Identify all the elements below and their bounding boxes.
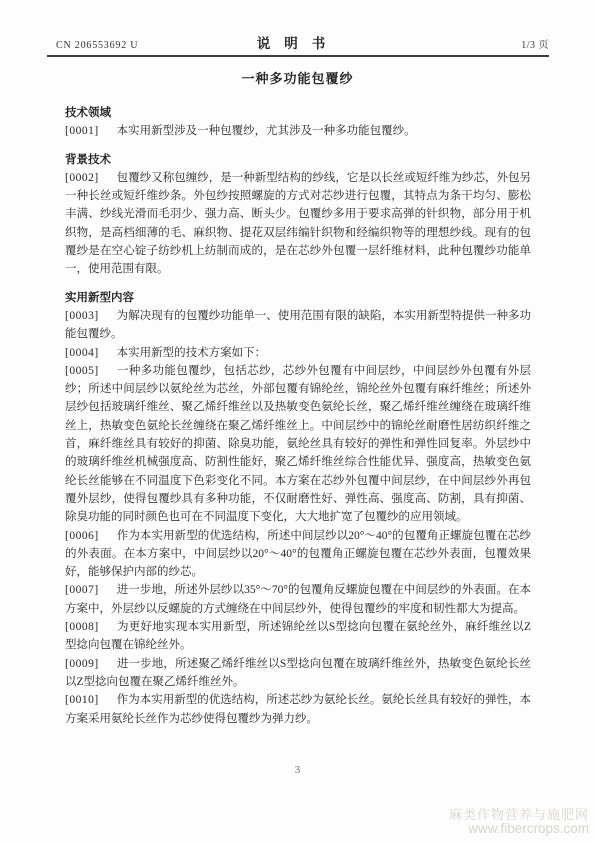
document-body: 技术领域 [0001]本实用新型涉及一种包覆纱，尤其涉及一种多功能包覆纱。 背景… bbox=[65, 104, 531, 728]
paragraph-0001: [0001]本实用新型涉及一种包覆纱，尤其涉及一种多功能包覆纱。 bbox=[65, 122, 531, 140]
paragraph-number: [0004] bbox=[65, 347, 99, 359]
paragraph-number: [0007] bbox=[65, 584, 99, 596]
paragraph-number: [0002] bbox=[65, 172, 99, 184]
paragraph-number: [0003] bbox=[65, 310, 99, 322]
paragraph-text: 一种多功能包覆纱，包括芯纱，芯纱外包覆有中间层纱，中间层纱外包覆有外层纱；所述中… bbox=[65, 365, 531, 523]
section-heading: 背景技术 bbox=[65, 151, 531, 169]
paragraph-0002: [0002]包覆纱又称包缠纱，是一种新型结构的纱线，它是以长丝或短纤维为纱芯，外… bbox=[65, 169, 531, 279]
paragraph-text: 进一步地，所述聚乙烯纤维丝以S型捻向包覆在玻璃纤维丝外，热敏变色氨纶长丝以Z型捻… bbox=[65, 658, 531, 688]
section-technical-field: 技术领域 [0001]本实用新型涉及一种包覆纱，尤其涉及一种多功能包覆纱。 bbox=[65, 104, 531, 141]
paragraph-number: [0009] bbox=[65, 658, 99, 670]
paragraph-number: [0010] bbox=[65, 694, 99, 706]
patent-number: CN 206553692 U bbox=[56, 40, 138, 51]
paragraph-number: [0005] bbox=[65, 365, 99, 377]
invention-title: 一种多功能包覆纱 bbox=[0, 68, 595, 87]
paragraph-0007: [0007]进一步地，所述外层纱以35°～70°的包覆角反螺旋包覆在中间层纱的外… bbox=[65, 581, 531, 618]
section-background-art: 背景技术 [0002]包覆纱又称包缠纱，是一种新型结构的纱线，它是以长丝或短纤维… bbox=[65, 151, 531, 279]
paragraph-number: [0008] bbox=[65, 621, 99, 633]
paragraph-text: 为更好地实现本实用新型，所述锦纶丝以S型捻向包覆在氨纶丝外，麻纤维丝以Z型捻向包… bbox=[65, 621, 531, 651]
paragraph-0008: [0008]为更好地实现本实用新型，所述锦纶丝以S型捻向包覆在氨纶丝外，麻纤维丝… bbox=[65, 618, 531, 655]
paragraph-0009: [0009]进一步地，所述聚乙烯纤维丝以S型捻向包覆在玻璃纤维丝外，热敏变色氨纶… bbox=[65, 655, 531, 692]
paragraph-text: 作为本实用新型的优选结构，所述芯纱为氨纶长丝。氨纶长丝具有较好的弹性，本方案采用… bbox=[65, 694, 531, 724]
patent-specification-page: CN 206553692 U 说明书 1/3 页 一种多功能包覆纱 技术领域 [… bbox=[0, 0, 595, 842]
document-header: CN 206553692 U 说明书 1/3 页 bbox=[47, 34, 549, 57]
section-heading: 技术领域 bbox=[65, 104, 531, 122]
paragraph-0004: [0004]本实用新型的技术方案如下： bbox=[65, 344, 531, 362]
watermark-site-name: 麻类作物营养与施肥网 bbox=[449, 808, 589, 822]
section-heading: 实用新型内容 bbox=[65, 289, 531, 307]
document-type-title: 说明书 bbox=[257, 32, 340, 52]
paragraph-number: [0001] bbox=[65, 125, 99, 137]
watermark-site-url: www.fibercrops.com bbox=[449, 822, 589, 836]
paragraph-text: 包覆纱又称包缠纱，是一种新型结构的纱线，它是以长丝或短纤维为纱芯，外包另一种长丝… bbox=[65, 172, 531, 275]
paragraph-text: 为解决现有的包覆纱功能单一、使用范围有限的缺陷，本实用新型特提供一种多功能包覆纱… bbox=[65, 310, 531, 340]
section-utility-model-content: 实用新型内容 [0003]为解决现有的包覆纱功能单一、使用范围有限的缺陷，本实用… bbox=[65, 289, 531, 728]
paragraph-0003: [0003]为解决现有的包覆纱功能单一、使用范围有限的缺陷，本实用新型特提供一种… bbox=[65, 307, 531, 344]
paragraph-text: 作为本实用新型的优选结构，所述中间层纱以20°～40°的包覆角正螺旋包覆在芯纱的… bbox=[65, 530, 531, 579]
paragraph-text: 本实用新型涉及一种包覆纱，尤其涉及一种多功能包覆纱。 bbox=[117, 125, 416, 137]
watermark: 麻类作物营养与施肥网 www.fibercrops.com bbox=[449, 808, 589, 836]
paragraph-0005: [0005]一种多功能包覆纱，包括芯纱，芯纱外包覆有中间层纱，中间层纱外包覆有外… bbox=[65, 362, 531, 527]
paragraph-text: 本实用新型的技术方案如下： bbox=[117, 347, 267, 359]
paragraph-text: 进一步地，所述外层纱以35°～70°的包覆角反螺旋包覆在中间层纱的外表面。在本方… bbox=[65, 584, 531, 614]
page-number: 3 bbox=[0, 764, 595, 776]
paragraph-0006: [0006]作为本实用新型的优选结构，所述中间层纱以20°～40°的包覆角正螺旋… bbox=[65, 527, 531, 582]
page-indicator: 1/3 页 bbox=[521, 36, 549, 51]
paragraph-0010: [0010]作为本实用新型的优选结构，所述芯纱为氨纶长丝。氨纶长丝具有较好的弹性… bbox=[65, 691, 531, 728]
paragraph-number: [0006] bbox=[65, 530, 99, 542]
